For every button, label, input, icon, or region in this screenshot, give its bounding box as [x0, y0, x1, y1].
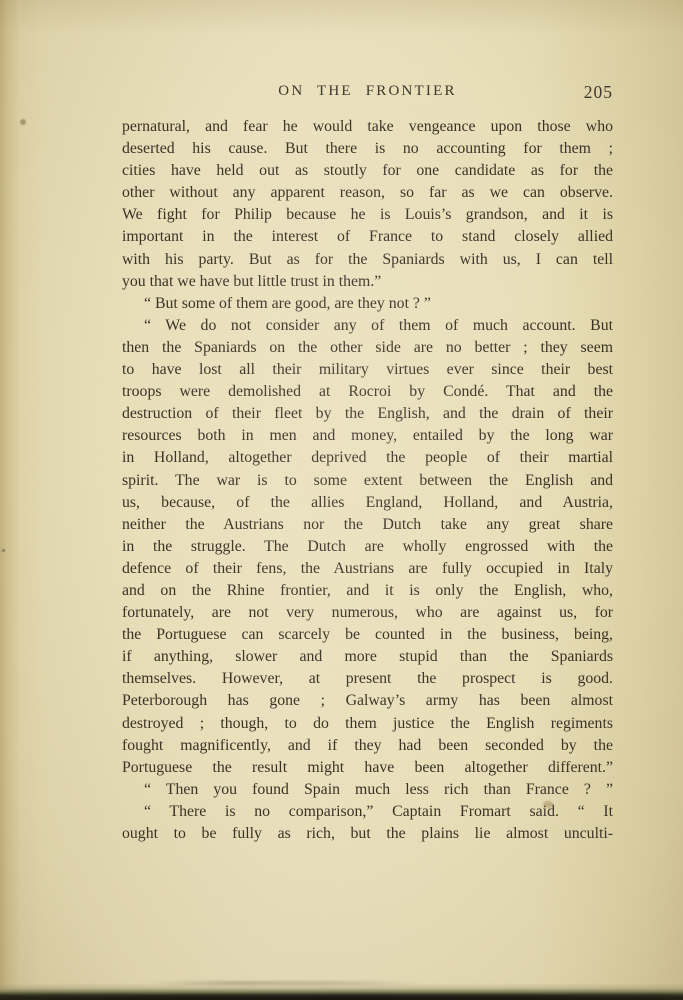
text-line: deserted his cause. But there is no acco… [122, 138, 613, 160]
text-line: We fight for Philip because he is Louis’… [122, 204, 613, 226]
paragraph: “ We do not consider any of them of much… [122, 315, 613, 779]
text-line: ought to be fully as rich, but the plain… [122, 823, 613, 845]
text-line: with his party. But as for the Spaniards… [122, 249, 613, 271]
text-line: pernatural, and fear he would take venge… [122, 116, 613, 138]
text-line: cities have held out as stoutly for one … [122, 160, 613, 182]
text-line: Peterborough has gone ; Galway’s army ha… [122, 690, 613, 712]
text-line: in the struggle. The Dutch are wholly en… [122, 536, 613, 558]
page-number: 205 [584, 82, 613, 103]
text-line: destroyed ; though, to do them justice t… [122, 713, 613, 735]
text-line: “ Then you found Spain much less rich th… [122, 779, 613, 801]
paragraph: “ There is no comparison,” Captain Froma… [122, 801, 613, 845]
text-line: and on the Rhine frontier, and it is onl… [122, 580, 613, 602]
paper-speck [2, 549, 5, 552]
text-line: defence of their fens, the Austrians are… [122, 558, 613, 580]
paragraph: “ Then you found Spain much less rich th… [122, 779, 613, 801]
text-line: troops were demolished at Rocroi by Cond… [122, 381, 613, 403]
text-line: to have lost all their military virtues … [122, 359, 613, 381]
text-line: themselves. However, at present the pros… [122, 668, 613, 690]
text-line: “ We do not consider any of them of much… [122, 315, 613, 337]
paragraph: “ But some of them are good, are they no… [122, 293, 613, 315]
text-line: important in the interest of France to s… [122, 226, 613, 248]
book-bottom-edge [0, 983, 683, 1000]
text-line: the Portuguese can scarcely be counted i… [122, 624, 613, 646]
paper-speck [20, 119, 26, 125]
scanned-book-page: ON THE FRONTIER 205 pernatural, and fear… [0, 0, 683, 1000]
page-header: ON THE FRONTIER 205 [122, 83, 613, 101]
text-line: fortunately, are not very numerous, who … [122, 602, 613, 624]
text-line: fought magnificently, and if they had be… [122, 735, 613, 757]
text-line: resources both in men and money, entaile… [122, 425, 613, 447]
text-line: then the Spaniards on the other side are… [122, 337, 613, 359]
text-line: other without any apparent reason, so fa… [122, 182, 613, 204]
running-title: ON THE FRONTIER [122, 83, 613, 100]
text-line: in Holland, altogether deprived the peop… [122, 447, 613, 469]
text-line: spirit. The war is to some extent betwee… [122, 470, 613, 492]
paper-smudge [543, 801, 553, 808]
body-text: pernatural, and fear he would take venge… [122, 116, 613, 845]
paragraph: pernatural, and fear he would take venge… [122, 116, 613, 293]
text-line: if anything, slower and more stupid than… [122, 646, 613, 668]
text-line: destruction of their fleet by the Englis… [122, 403, 613, 425]
text-line: “ But some of them are good, are they no… [122, 293, 613, 315]
text-line: you that we have but little trust in the… [122, 271, 613, 293]
text-line: us, because, of the allies England, Holl… [122, 492, 613, 514]
text-line: “ There is no comparison,” Captain Froma… [122, 801, 613, 823]
text-line: Portuguese the result might have been al… [122, 757, 613, 779]
text-line: neither the Austrians nor the Dutch take… [122, 514, 613, 536]
